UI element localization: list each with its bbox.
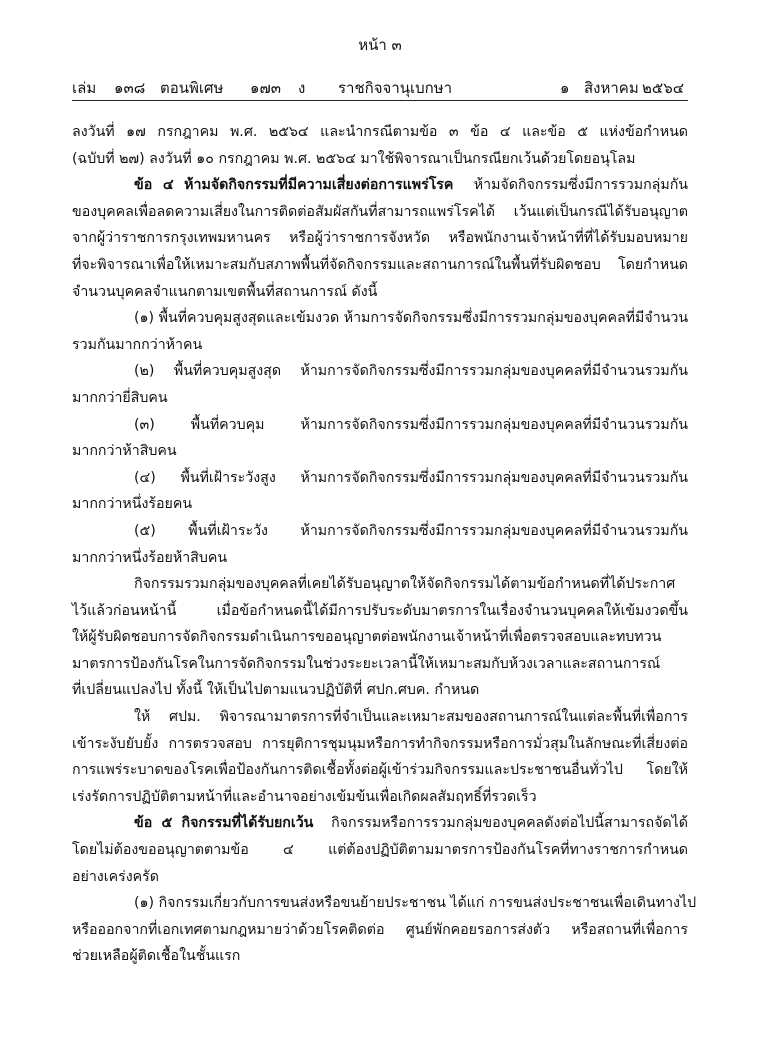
exempt-item-1: (๑) กิจกรรมเกี่ยวกับการขนส่งหรือขนย้ายปร… bbox=[72, 890, 688, 917]
issue-letter: ง bbox=[298, 76, 305, 100]
paragraph-line: ไว้แล้วก่อนหน้านี้ เมื่อข้อกำหนดนี้ได้มี… bbox=[72, 598, 688, 625]
date-month: สิงหาคม bbox=[584, 76, 639, 100]
zone-item-2: (๒) พื้นที่ควบคุมสูงสุด ห้ามการจัดกิจกรร… bbox=[72, 358, 688, 385]
zone-item-3-cont: มากกว่าห้าสิบคน bbox=[72, 438, 688, 465]
paragraph-line: การแพร่ระบาดของโรคเพื่อป้องกันการติดเชื้… bbox=[72, 757, 688, 784]
clause-4-heading: ข้อ ๔ ห้ามจัดกิจกรรมที่มีความเสี่ยงต่อกา… bbox=[134, 177, 453, 193]
zone-item-2-cont: มากกว่ายี่สิบคน bbox=[72, 385, 688, 412]
body-line: (ฉบับที่ ๒๗) ลงวันที่ ๑๐ กรกฎาคม พ.ศ. ๒๕… bbox=[72, 146, 688, 173]
body-line: ของบุคคลเพื่อลดความเสี่ยงในการติดต่อสัมผ… bbox=[72, 199, 688, 226]
gazette-header: เล่ม ๑๓๘ ตอนพิเศษ ๑๗๓ ง ราชกิจจานุเบกษา … bbox=[72, 76, 688, 98]
paragraph-line: เร่งรัดการปฏิบัติตามหน้าที่และอำนาจอย่าง… bbox=[72, 784, 688, 811]
clause-5-heading: ข้อ ๕ กิจกรรมที่ได้รับยกเว้น bbox=[134, 815, 313, 831]
paragraph-line: เข้าระงับยับยั้ง การตรวจสอบ การยุติการชุ… bbox=[72, 731, 688, 758]
paragraph-line: ให้ ศปม. พิจารณามาตรการที่จำเป็นและเหมาะ… bbox=[72, 704, 688, 731]
date-day: ๑ bbox=[560, 76, 570, 100]
paragraph-line: มาตรการป้องกันโรคในการจัดกิจกรรมในช่วงระ… bbox=[72, 651, 688, 678]
clause-5-text: กิจกรรมหรือการรวมกลุ่มของบุคคลดังต่อไปนี… bbox=[331, 815, 688, 831]
paragraph-line: ที่เปลี่ยนแปลงไป ทั้งนี้ ให้เป็นไปตามแนว… bbox=[72, 677, 688, 704]
body-line: ที่จะพิจารณาเพื่อให้เหมาะสมกับสภาพพื้นที… bbox=[72, 252, 688, 279]
body-line: ลงวันที่ ๑๗ กรกฎาคม พ.ศ. ๒๕๖๔ และนำกรณีต… bbox=[72, 119, 688, 146]
zone-item-4-cont: มากกว่าหนึ่งร้อยคน bbox=[72, 491, 688, 518]
zone-item-1: (๑) พื้นที่ควบคุมสูงสุดและเข้มงวด ห้ามกา… bbox=[72, 305, 688, 332]
gazette-name: ราชกิจจานุเบกษา bbox=[338, 76, 452, 100]
exempt-item-1-cont: ช่วยเหลือผู้ติดเชื้อในชั้นแรก bbox=[72, 943, 688, 970]
body-line: จำนวนบุคคลจำแนกตามเขตพื้นที่สถานการณ์ ดั… bbox=[72, 279, 688, 306]
date-year: ๒๕๖๔ bbox=[642, 76, 684, 100]
body-line: จากผู้ว่าราชการกรุงเทพมหานคร หรือผู้ว่าร… bbox=[72, 225, 688, 252]
clause-4-heading-line: ข้อ ๔ ห้ามจัดกิจกรรมที่มีความเสี่ยงต่อกา… bbox=[72, 172, 688, 199]
paragraph-line: ให้ผู้รับผิดชอบการจัดกิจกรรมดำเนินการขออ… bbox=[72, 624, 688, 651]
issue-label: ตอนพิเศษ bbox=[160, 76, 223, 100]
header-divider bbox=[72, 100, 688, 101]
zone-item-3: (๓) พื้นที่ควบคุม ห้ามการจัดกิจกรรมซึ่งม… bbox=[72, 412, 688, 439]
paragraph-line: กิจกรรมรวมกลุ่มของบุคคลที่เคยได้รับอนุญา… bbox=[72, 571, 688, 598]
zone-item-5: (๕) พื้นที่เฝ้าระวัง ห้ามการจัดกิจกรรมซึ… bbox=[72, 518, 688, 545]
page-number: หน้า ๓ bbox=[0, 33, 760, 57]
zone-item-4: (๔) พื้นที่เฝ้าระวังสูง ห้ามการจัดกิจกรร… bbox=[72, 465, 688, 492]
body-line: อย่างเคร่งครัด bbox=[72, 864, 688, 891]
document-body: ลงวันที่ ๑๗ กรกฎาคม พ.ศ. ๒๕๖๔ และนำกรณีต… bbox=[72, 119, 688, 970]
body-line: โดยไม่ต้องขออนุญาตตามข้อ ๔ แต่ต้องปฏิบัต… bbox=[72, 837, 688, 864]
volume-label: เล่ม bbox=[72, 76, 96, 100]
volume-number: ๑๓๘ bbox=[114, 76, 145, 100]
clause-4-text: ห้ามจัดกิจกรรมซึ่งมีการรวมกลุ่มกัน bbox=[474, 177, 688, 193]
clause-5-heading-line: ข้อ ๕ กิจกรรมที่ได้รับยกเว้น กิจกรรมหรือ… bbox=[72, 810, 688, 837]
exempt-item-1-cont: หรือออกจากที่เอกเทศตามกฎหมายว่าด้วยโรคติ… bbox=[72, 917, 688, 944]
issue-number: ๑๗๓ bbox=[250, 76, 281, 100]
zone-item-5-cont: มากกว่าหนึ่งร้อยห้าสิบคน bbox=[72, 545, 688, 572]
zone-item-1-cont: รวมกันมากกว่าห้าคน bbox=[72, 332, 688, 359]
